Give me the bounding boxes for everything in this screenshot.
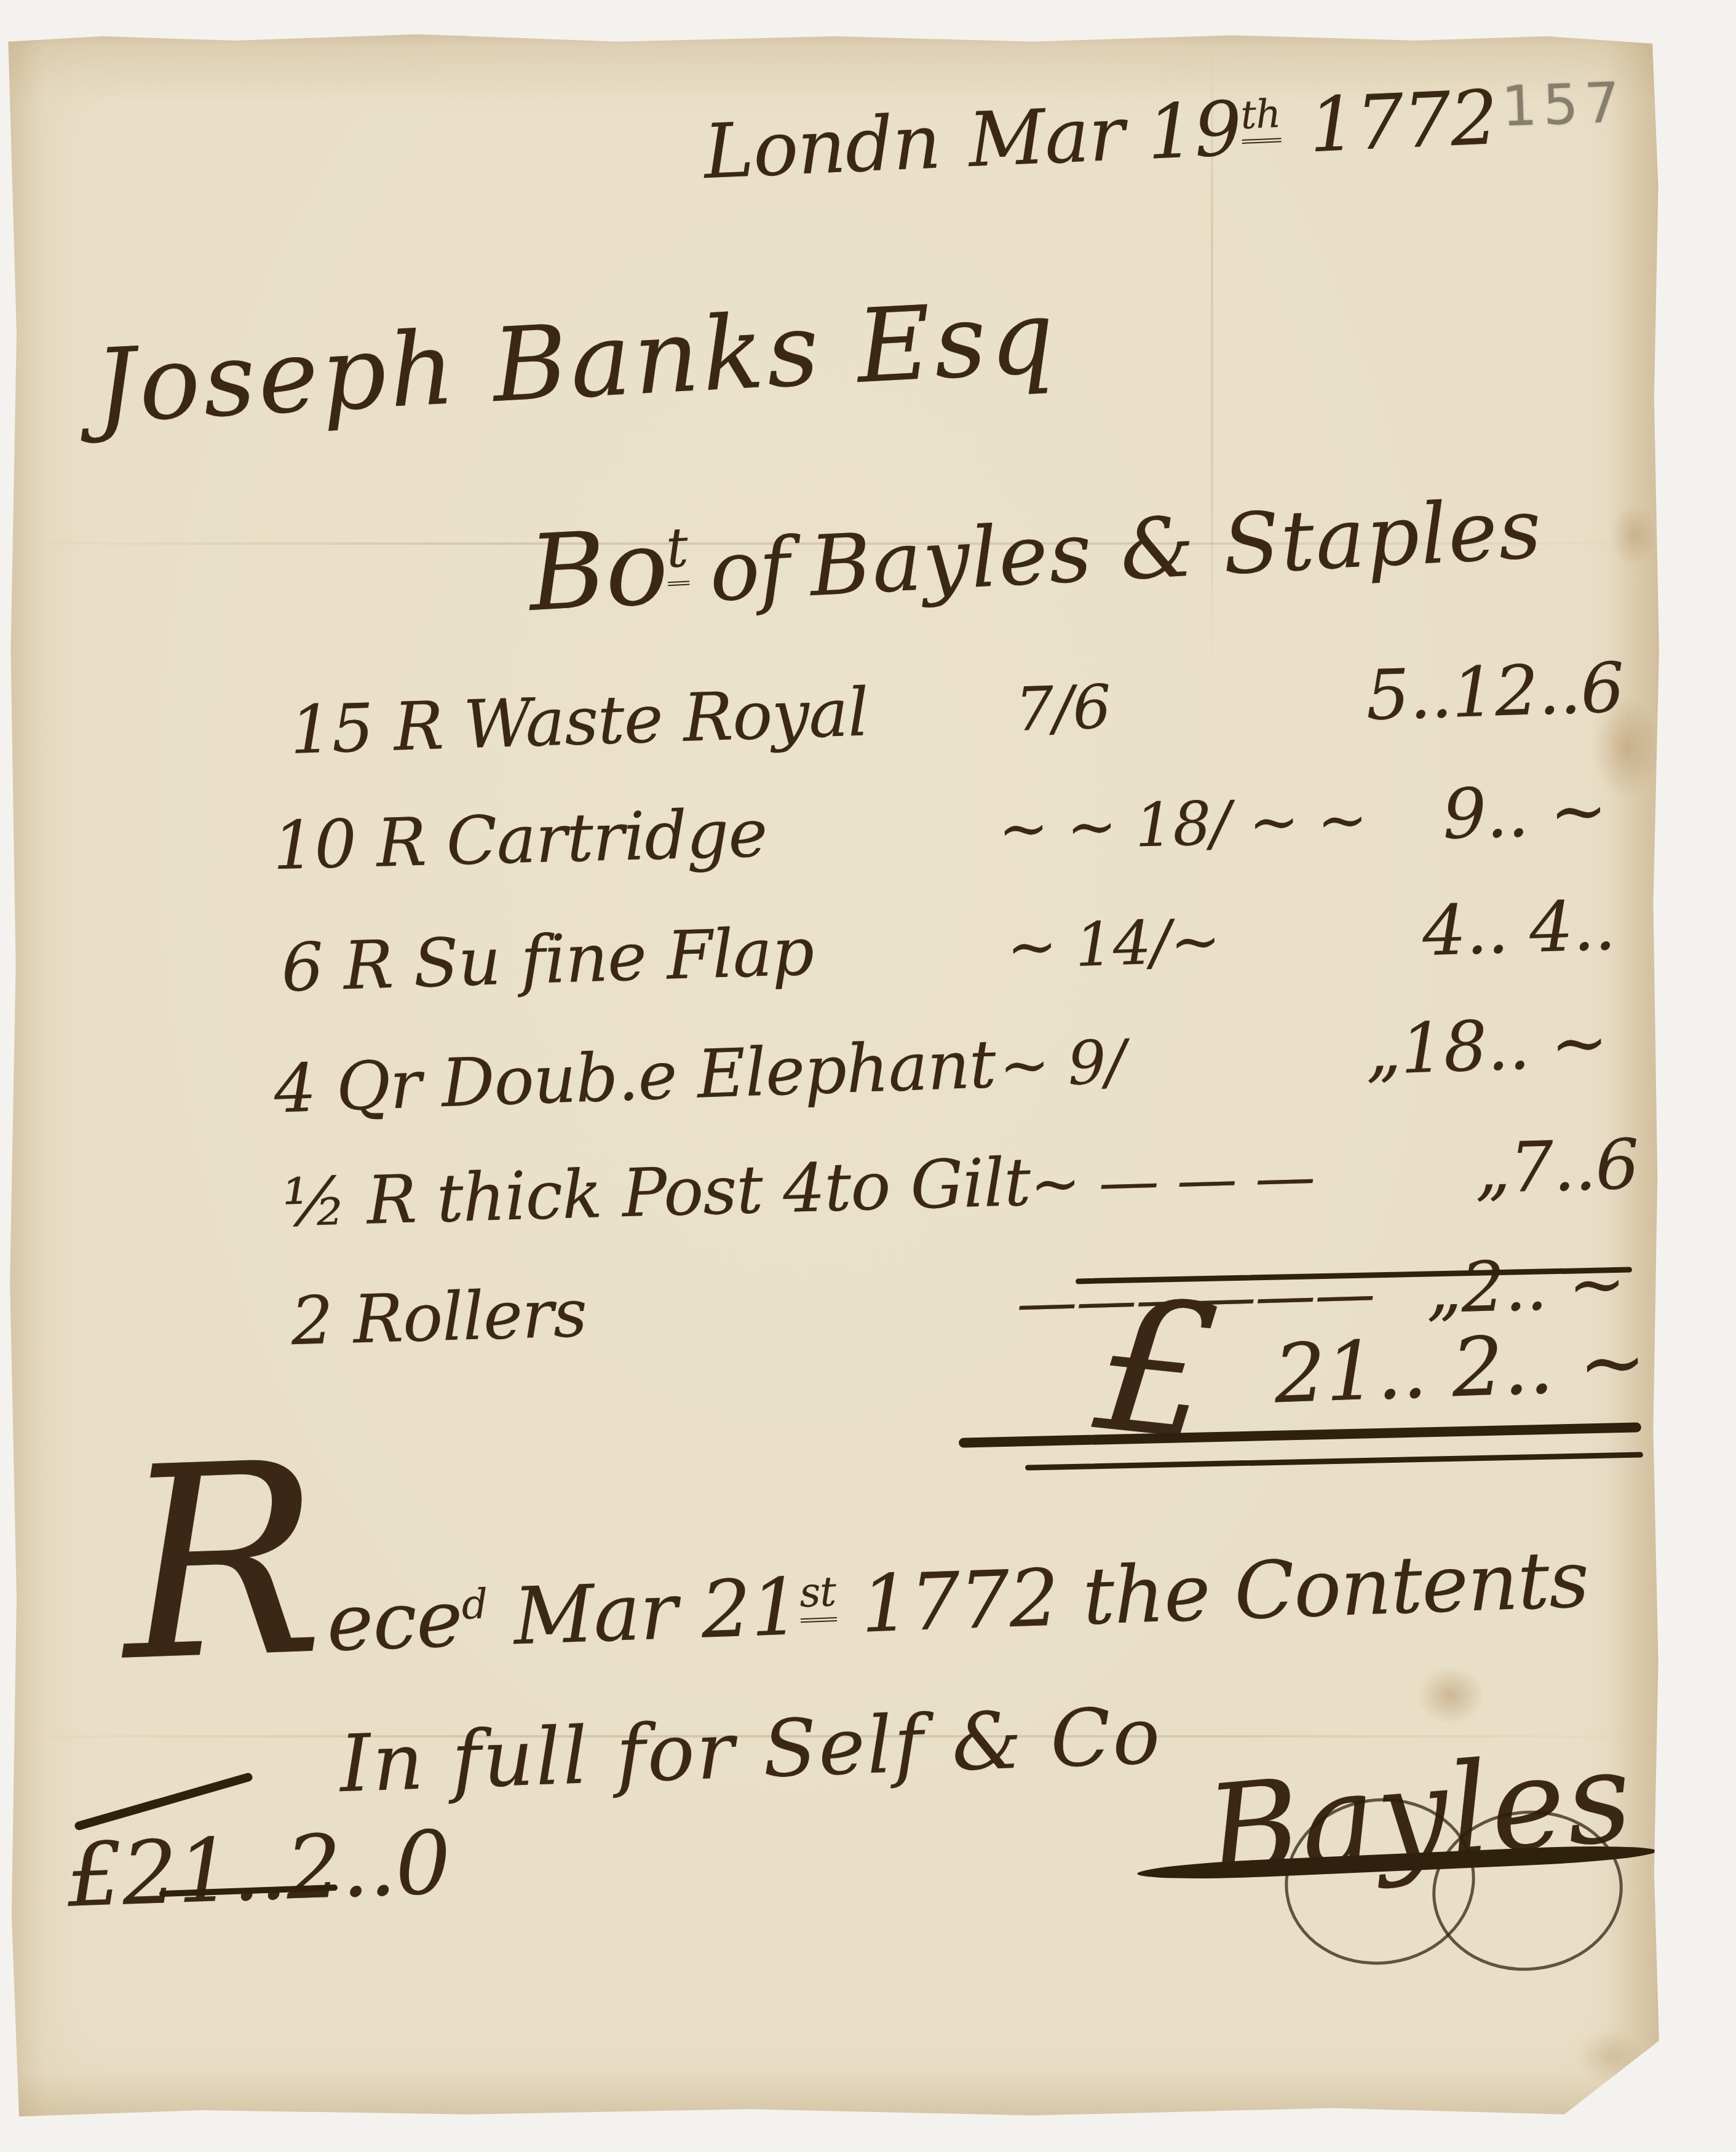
item-price: ~ 9/ [998, 1023, 1265, 1102]
item-description: 10 R Cartridge [272, 789, 999, 885]
date-ordinal: th [1240, 91, 1282, 144]
item-price: 7/6 [1014, 667, 1280, 745]
item-price: ~ — — — [1029, 1142, 1296, 1220]
received-statement: R eced Mar 21st 1772 the Contents [119, 1421, 1590, 1677]
folio-number: 157 [1500, 71, 1627, 140]
bought-abbrev: Bot [526, 505, 692, 635]
item-amount: „18.. ~ [1262, 1002, 1609, 1094]
vendor-name: Bayles & Staples [807, 480, 1545, 615]
date-year: 1772 [1307, 74, 1499, 169]
bought-abbrev-sup: t [665, 516, 689, 587]
item-amount: 5..12..6 [1278, 648, 1625, 739]
item-description: ½ R thick Post 4to Gilt [282, 1144, 1031, 1242]
item-amount: 4.. 4.. [1270, 885, 1617, 976]
item-price: ~ ~ 18/ ~ ~ [997, 788, 1264, 864]
received-date: Mar 21st [512, 1560, 838, 1663]
received-statement-line2: In full for Self & Co [338, 1690, 1163, 1811]
received-amount: £21..2..0 [65, 1812, 452, 1927]
of-word: of [707, 520, 791, 620]
place-date-line: Londn Mar 19th 1772 [702, 74, 1500, 196]
account-of-line: Bot of Bayles & Staples [526, 461, 1545, 635]
stain [1611, 504, 1657, 566]
item-description: 6 R Su fine Flap [280, 908, 1008, 1007]
addressee-name: Joseph Banks Esq [92, 277, 1060, 446]
place-name: Londn [702, 98, 943, 196]
date-text: Mar 19th [967, 83, 1283, 184]
stain [1577, 2029, 1644, 2084]
received-text: 1772 the Contents [859, 1533, 1590, 1650]
received-initial: R [119, 1465, 324, 1662]
total-amount: 21.. 2.. ~ [1272, 1315, 1647, 1422]
item-description: 15 R Waste Royal [289, 670, 1017, 769]
received-abbrev: eced [325, 1572, 489, 1669]
item-price: ~ 14/~ [1005, 904, 1272, 983]
item-description: 2 Rollers [290, 1263, 1018, 1360]
manuscript-paper: 157 Londn Mar 19th 1772 Joseph Banks Esq… [2, 18, 1664, 2125]
item-amount: 9.. ~ [1261, 770, 1607, 860]
stain [1417, 1666, 1484, 1725]
scan-background: { "document": { "folio_number": "157", "… [0, 0, 1736, 2152]
item-amount: „7..6 [1293, 1125, 1639, 1214]
